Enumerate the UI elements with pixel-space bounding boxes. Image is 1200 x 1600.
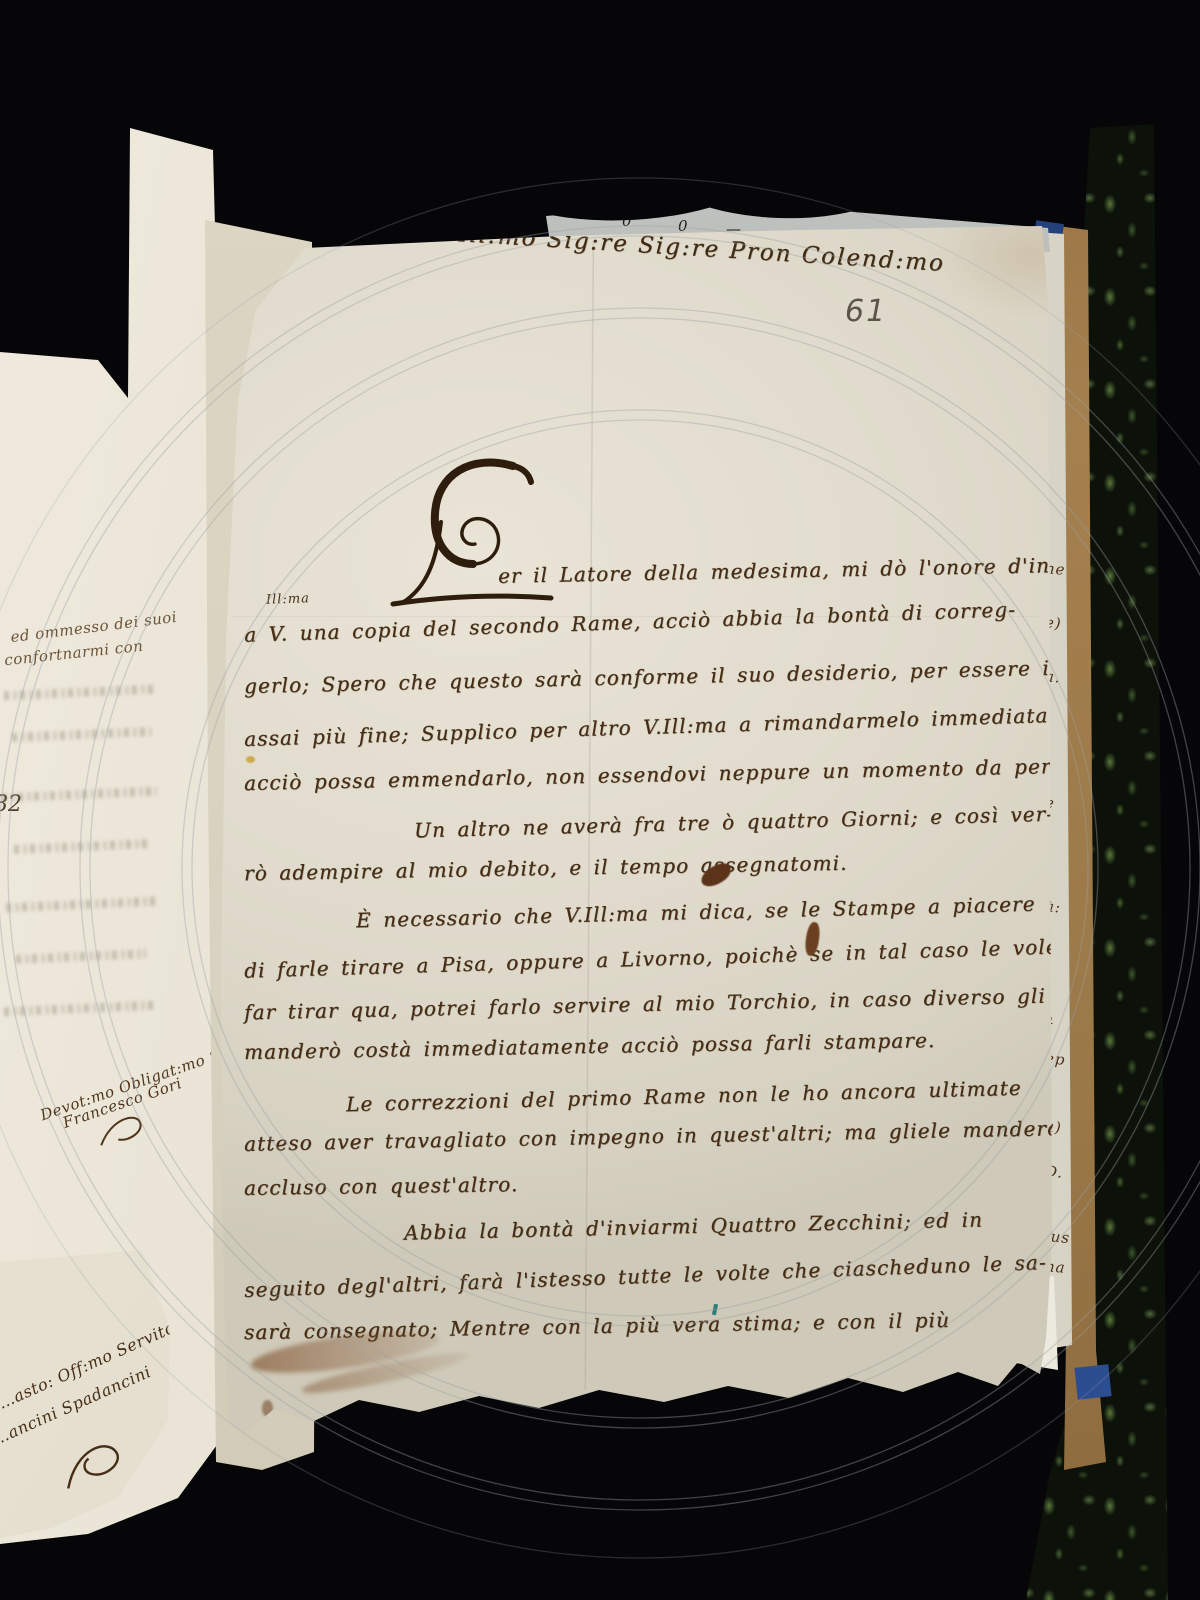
showthrough-text xyxy=(4,1001,154,1017)
showthrough-text xyxy=(2,787,157,803)
showthrough-text xyxy=(16,949,146,964)
letter-line: di farle tirare a Pisa, oppure a Livorno… xyxy=(244,933,1095,982)
letter-line: seguito degl'altri, farà l'istesso tutte… xyxy=(244,1250,1047,1302)
letter-line: a V. una copia del secondo Rame, acciò a… xyxy=(244,597,1017,647)
showthrough-text xyxy=(12,727,152,742)
letter-line: acciò possa emmendarlo, non essendovi ne… xyxy=(244,753,1110,795)
letter-line: gerlo; Spero che questo sarà conforme il… xyxy=(244,654,1133,698)
letter-line: far tirar qua, potrei farlo servire al m… xyxy=(244,984,1046,1025)
corner-flourish xyxy=(50,1427,133,1498)
letter-line: atteso aver travagliato con impegno in q… xyxy=(244,1116,1061,1156)
showthrough-text xyxy=(6,897,156,913)
drop-cap-flourish xyxy=(385,452,560,622)
photographed-manuscript: ne e) a. i ) e ; à: } ep a) D. lus na 0 … xyxy=(0,0,1200,1600)
letter-line: accluso con quest'altro. xyxy=(244,1172,519,1200)
letter-line: assai più fine; Supplico per altro V.Ill… xyxy=(244,701,1118,751)
interline-insertion: Ill:ma xyxy=(266,591,310,608)
letter-line: rò adempire al mio debito, e il tempo as… xyxy=(244,851,848,886)
paper-stain xyxy=(246,756,255,763)
letter-line: Un altro ne averà fra tre ò quattro Gior… xyxy=(414,802,1055,843)
letter-line: È necessario che V.Ill:ma mi dica, se le… xyxy=(356,892,1036,933)
ink-mark: 0 xyxy=(678,217,688,235)
showthrough-text xyxy=(14,839,149,854)
letter-line: Le correzzioni del primo Rame non le ho … xyxy=(346,1076,1022,1117)
letter-line: Abbia la bontà d'inviarmi Quattro Zecchi… xyxy=(404,1207,984,1244)
folio-number: 61 xyxy=(845,294,887,329)
showthrough-text xyxy=(4,685,154,701)
binding-blue-cloth-bottom xyxy=(1074,1364,1111,1399)
left-page-fragment-line: ed ommesso dei suoi xyxy=(10,608,178,646)
letter-line: manderò costà immediatamente acciò possa… xyxy=(244,1028,936,1064)
